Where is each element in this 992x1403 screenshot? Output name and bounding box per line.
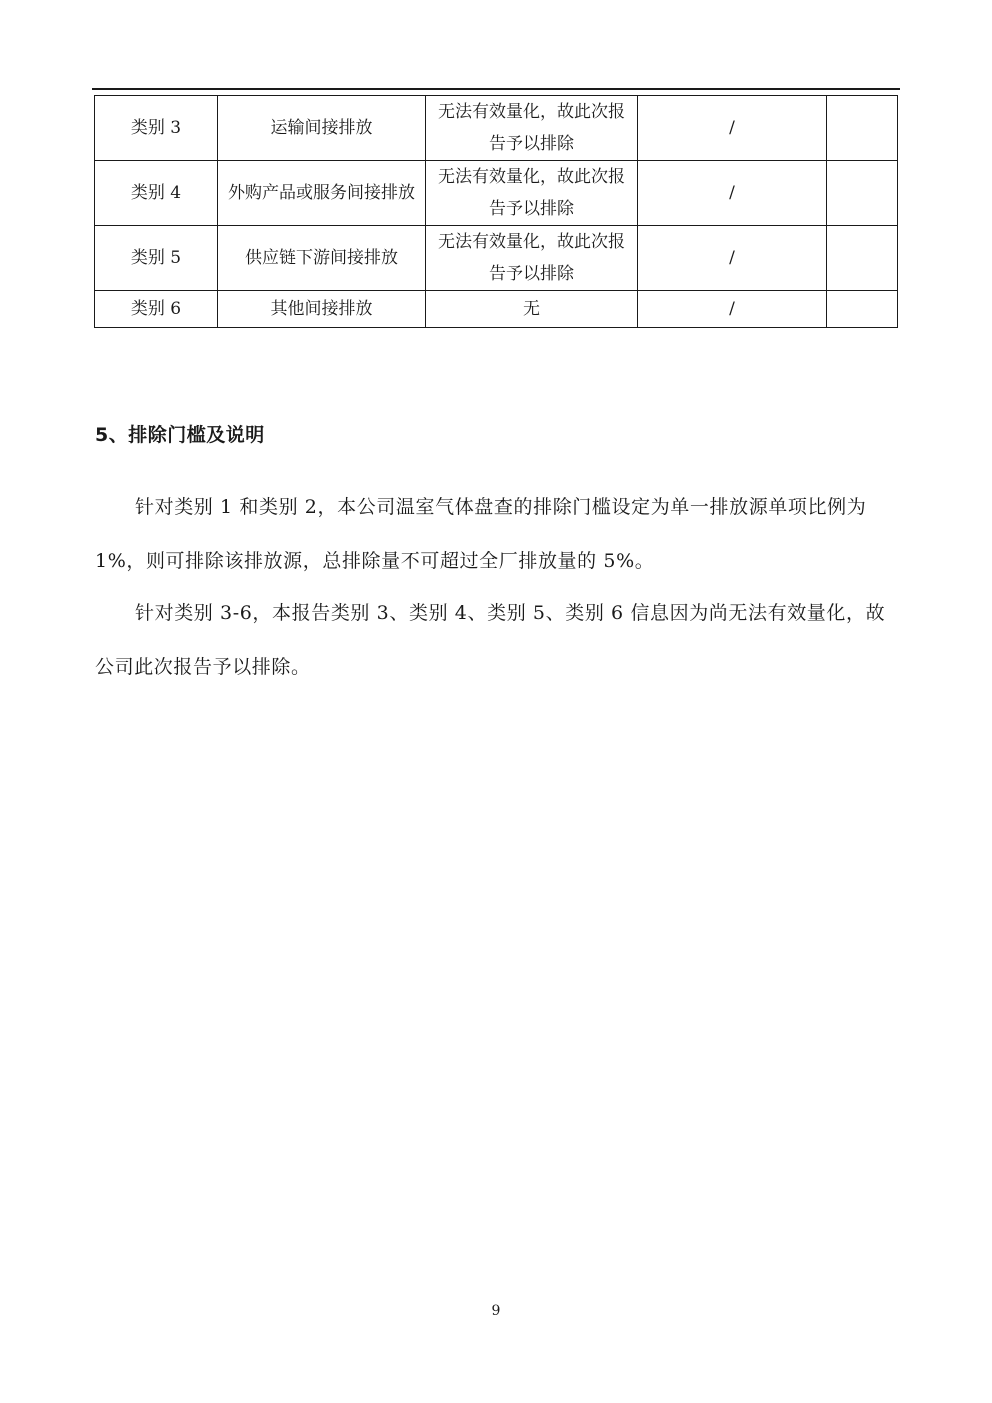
status-cell: 无法有效量化，故此次报告予以排除 [426, 226, 638, 291]
table-row: 类别 3 运输间接排放 无法有效量化，故此次报告予以排除 / [95, 96, 898, 161]
table-row: 类别 6 其他间接排放 无 / [95, 291, 898, 328]
emission-name-cell: 运输间接排放 [218, 96, 426, 161]
category-cell: 类别 4 [95, 161, 218, 226]
note-cell [827, 96, 898, 161]
emission-name-cell: 其他间接排放 [218, 291, 426, 328]
category-cell: 类别 6 [95, 291, 218, 328]
status-cell: 无法有效量化，故此次报告予以排除 [426, 96, 638, 161]
note-cell [827, 291, 898, 328]
value-cell: / [638, 96, 827, 161]
paragraph-exclusion-threshold: 针对类别 1 和类别 2，本公司温室气体盘查的排除门槛设定为单一排放源单项比例为… [95, 480, 895, 588]
status-cell: 无法有效量化，故此次报告予以排除 [426, 161, 638, 226]
note-cell [827, 161, 898, 226]
status-cell: 无 [426, 291, 638, 328]
section-heading: 5、排除门槛及说明 [95, 420, 265, 447]
emission-name-cell: 供应链下游间接排放 [218, 226, 426, 291]
category-cell: 类别 5 [95, 226, 218, 291]
note-cell [827, 226, 898, 291]
value-cell: / [638, 291, 827, 328]
emission-name-cell: 外购产品或服务间接排放 [218, 161, 426, 226]
emission-categories-table: 类别 3 运输间接排放 无法有效量化，故此次报告予以排除 / 类别 4 外购产品… [94, 95, 898, 328]
value-cell: / [638, 161, 827, 226]
table-row: 类别 4 外购产品或服务间接排放 无法有效量化，故此次报告予以排除 / [95, 161, 898, 226]
category-cell: 类别 3 [95, 96, 218, 161]
value-cell: / [638, 226, 827, 291]
page-number: 9 [0, 1303, 992, 1319]
table-row: 类别 5 供应链下游间接排放 无法有效量化，故此次报告予以排除 / [95, 226, 898, 291]
paragraph-category-3-6: 针对类别 3-6，本报告类别 3、类别 4、类别 5、类别 6 信息因为尚无法有… [95, 586, 895, 694]
header-rule [92, 88, 900, 90]
